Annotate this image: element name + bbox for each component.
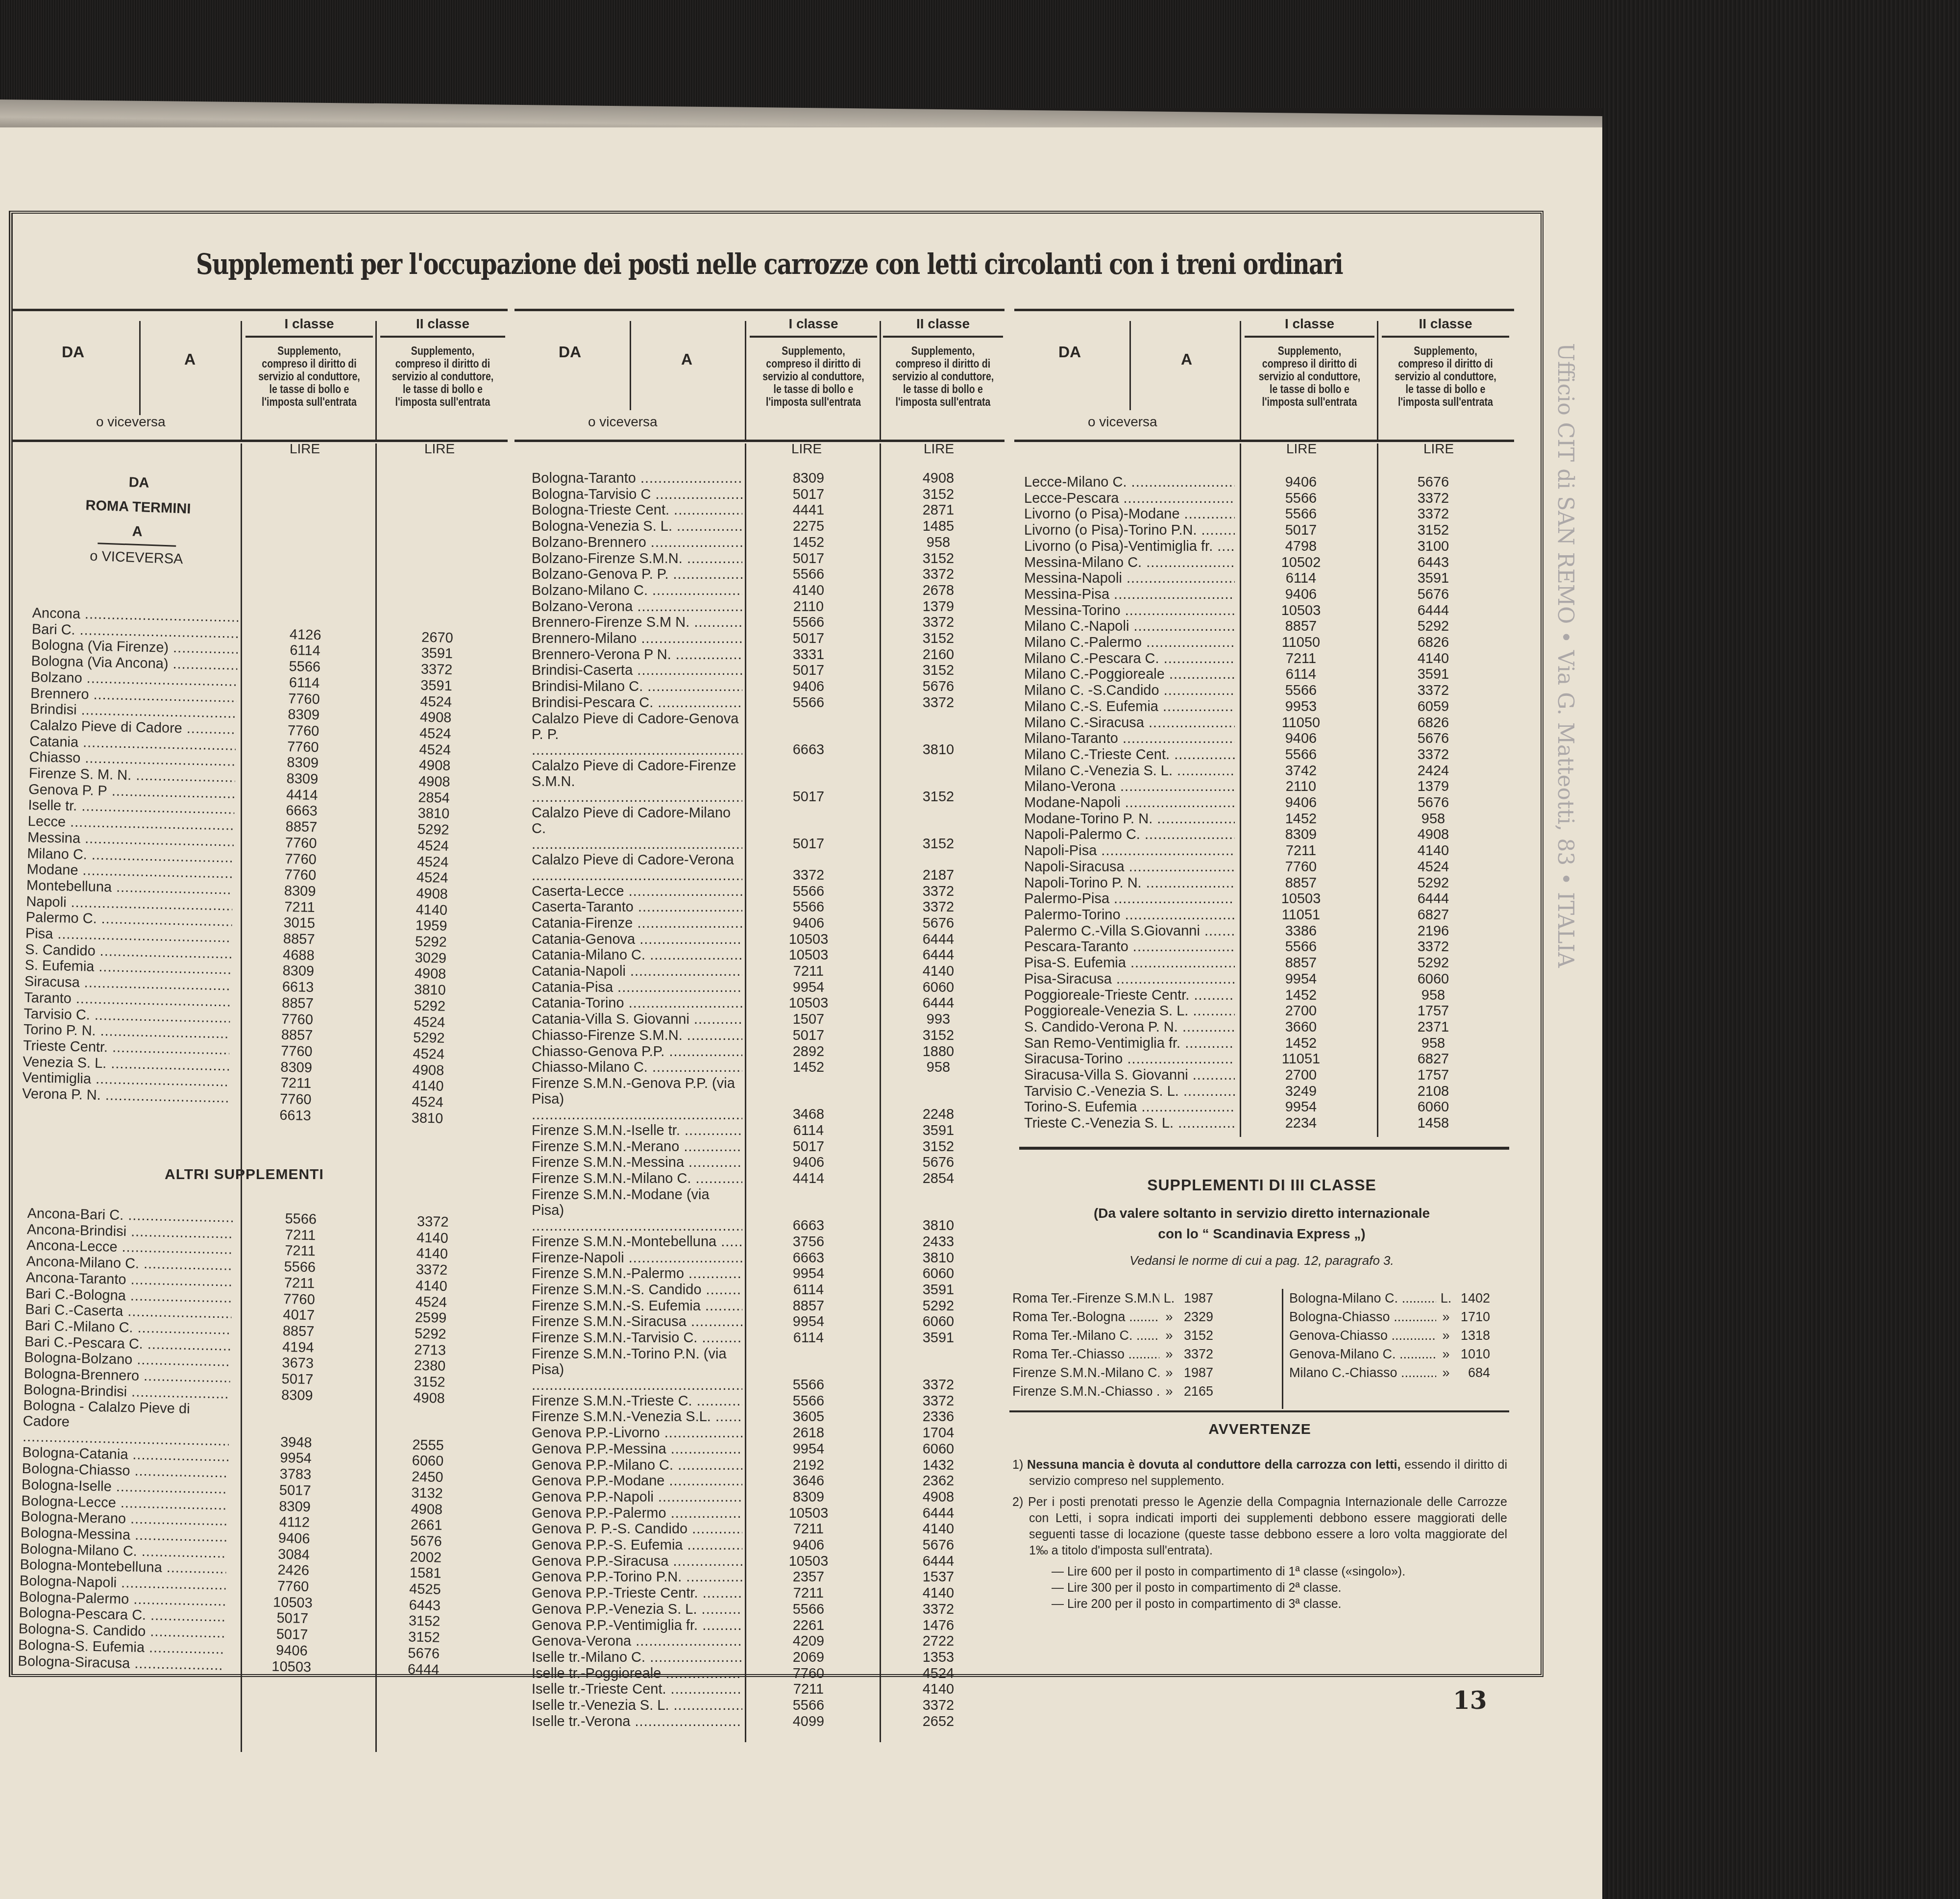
price-class2: 5676	[1367, 731, 1499, 747]
price-class1: 3249	[1235, 1084, 1367, 1100]
price-class2: 4140	[363, 1077, 493, 1096]
price-class2: 6060	[875, 1441, 1002, 1457]
route-name: Firenze S.M.N.-Iselle tr.	[532, 1123, 742, 1139]
table-row: Modane-Napoli94065676	[1024, 795, 1509, 811]
price-class2: 6060	[363, 1452, 492, 1471]
price-class2: 1353	[875, 1650, 1002, 1666]
table-row: Genova P.P.-Messina99546060	[532, 1441, 1002, 1457]
route-name: Livorno (o Pisa)-Ventimiglia fr.	[1024, 539, 1235, 555]
ditto-mark: L.	[1436, 1289, 1456, 1307]
table-row: Messina-Pisa94065676	[1024, 587, 1509, 603]
price-class1: 5566	[742, 884, 875, 900]
price-class2: 5676	[875, 1537, 1002, 1554]
route-name: Catania-Firenze	[532, 915, 742, 932]
table-row: Iselle tr.-Venezia S. L.55663372	[532, 1698, 1002, 1714]
price-class2: 2555	[363, 1436, 493, 1455]
table-row: Milano C.-Napoli88575292	[1024, 618, 1509, 635]
price-class2: 2108	[1367, 1084, 1499, 1100]
price-class1: 5566	[1235, 683, 1367, 699]
table-row: Catania-Torino105036444	[532, 995, 1002, 1011]
price-class2: 5676	[361, 1532, 491, 1551]
route-name: Genova P.P.-Messina	[532, 1441, 742, 1457]
route-name: Tarvisio C.-Venezia S. L.	[1024, 1084, 1235, 1100]
middle-header: DA A o viceversa I classe Supplemento, c…	[514, 309, 1004, 442]
price-class2: 3591	[1367, 666, 1499, 683]
price-class1: 11050	[1235, 715, 1367, 731]
route-name: Siracusa-Villa S. Giovanni	[1024, 1067, 1235, 1084]
price-class1: 1452	[1235, 987, 1367, 1004]
table-row: Catania-Milano C.105036444	[532, 947, 1002, 963]
column-divider	[1240, 444, 1241, 1137]
table-row: Iselle tr.-Poggioreale77604524	[532, 1666, 1002, 1682]
price-class2: 4140	[875, 1585, 1002, 1602]
route-name: Calalzo Pieve di Cadore-Verona	[532, 852, 742, 884]
route-name: Poggioreale-Venezia S. L.	[1024, 1003, 1235, 1019]
table-row: Genova P.P.-S. Eufemia94065676	[532, 1537, 1002, 1554]
price-class2: 3372	[1367, 506, 1499, 522]
ditto-mark: »	[1436, 1326, 1456, 1345]
route-name: Palermo-Pisa	[1024, 891, 1235, 907]
route-name: Firenze S.M.N.-Modane (via Pisa)	[532, 1187, 742, 1234]
price-class2: 3372	[372, 661, 502, 679]
price-class2: 4140	[1367, 843, 1499, 859]
price-class2: 6060	[1367, 971, 1499, 987]
table-row: Napoli-Palermo C.83094908	[1024, 827, 1509, 843]
route-name: Caserta-Lecce	[532, 884, 742, 900]
table-row: Iselle tr.-Trieste Cent.72114140	[532, 1681, 1002, 1698]
header-a: A	[1181, 350, 1192, 369]
table-row: San Remo-Ventimiglia fr.1452958	[1024, 1036, 1509, 1052]
price-class1: 8309	[1235, 827, 1367, 843]
price-class1: 8309	[742, 470, 875, 487]
header-class1: I classe Supplemento, compreso il diritt…	[1245, 316, 1374, 408]
price-class2: 6444	[875, 1554, 1002, 1570]
table-row: Napoli-Siracusa77604524	[1024, 859, 1509, 875]
price-class1: 4414	[742, 1171, 875, 1187]
table-row: Firenze S.M.N.-Chiasso»2165	[1012, 1382, 1248, 1401]
price-class2: 3152	[875, 487, 1002, 503]
table-row: Roma Ter.-Chiasso»3372	[1012, 1345, 1248, 1363]
price-class2: 5292	[1367, 955, 1499, 971]
price-class1: 5566	[742, 1377, 875, 1393]
price-class2: 3372	[875, 884, 1002, 900]
divider	[880, 321, 881, 440]
table-row: Milano C.-Poggioreale61143591	[1024, 666, 1509, 683]
table-row: Siracusa-Torino110516827	[1024, 1051, 1509, 1067]
price-class1: 2892	[742, 1044, 875, 1060]
route-name: Chiasso-Milano C.	[532, 1060, 742, 1076]
price-class1: 1507	[742, 1011, 875, 1028]
price-class2: 3810	[875, 742, 1002, 758]
table-row: Firenze S.M.N.-Milano C.»1987	[1012, 1363, 1248, 1382]
avvertenze-item-2: 2) Per i posti prenotati presso le Agenz…	[1012, 1494, 1507, 1559]
price-class2: 4524	[368, 837, 498, 855]
price: 2329	[1179, 1307, 1213, 1326]
table-row: Chiasso-Milano C.1452958	[532, 1060, 1002, 1076]
price-class2: 5292	[364, 1029, 494, 1048]
price-class2: 3372	[1367, 747, 1499, 763]
route-name: Bologna-Chiasso	[1289, 1307, 1436, 1326]
price-class1: 8309	[742, 1489, 875, 1505]
price-class2: 3372	[875, 1698, 1002, 1714]
table-row: Calalzo Pieve di Cadore-Genova P. P.6663…	[532, 711, 1002, 758]
table-row: Firenze S.M.N.-Messina94065676	[532, 1155, 1002, 1171]
route-name: Firenze S.M.N.-S. Eufemia	[532, 1298, 742, 1314]
price-class2: 3591	[875, 1282, 1002, 1298]
route-name: Bologna-Venezia S. L.	[532, 518, 742, 535]
price-class2: 6443	[1367, 555, 1499, 571]
table-row: Genova-Verona42092722	[532, 1633, 1002, 1650]
route-name: Pisa-Siracusa	[1024, 971, 1235, 987]
price-class2: 2871	[875, 502, 1002, 518]
table-row: Calalzo Pieve di Cadore-Milano C.5017315…	[532, 805, 1002, 852]
price-class1: 1452	[742, 535, 875, 551]
price-class2: 4908	[369, 757, 499, 775]
price-class2: 6444	[1367, 891, 1499, 907]
price-class1: 3756	[742, 1234, 875, 1250]
price-class1: 7760	[742, 1666, 875, 1682]
price-class2: 993	[875, 1011, 1002, 1028]
table-row: Trieste C.-Venezia S. L.22341458	[1024, 1115, 1509, 1132]
table-row: Milano C.-Venezia S. L.37422424	[1024, 763, 1509, 779]
price-class1: 2261	[742, 1618, 875, 1634]
page-title: Supplementi per l'occupazione dei posti …	[139, 247, 1400, 281]
table-row: Bolzano-Verona21101379	[532, 599, 1002, 615]
table-row: Livorno (o Pisa)-Modane55663372	[1024, 506, 1509, 522]
price-class1: 4209	[742, 1633, 875, 1650]
price-class1: 8857	[1235, 955, 1367, 971]
route-name: Catania-Torino	[532, 995, 742, 1011]
price-class2: 2670	[372, 628, 502, 647]
price-class1: 3331	[742, 647, 875, 663]
table-row: Bologna-Chiasso»1710	[1289, 1307, 1510, 1326]
route-name: Messina-Napoli	[1024, 570, 1235, 587]
price-class1: 4798	[1235, 539, 1367, 555]
price-class1: 7211	[742, 1681, 875, 1698]
column-divider	[241, 444, 242, 1752]
route-name: Catania-Milano C.	[532, 947, 742, 963]
table-row: Napoli-Pisa72114140	[1024, 843, 1509, 859]
third-class-title: SUPPLEMENTI DI III CLASSE	[1014, 1176, 1509, 1194]
table-row: Poggioreale-Venezia S. L.27001757	[1024, 1003, 1509, 1019]
header-da: DA	[559, 343, 581, 361]
route-name: Genova P.P.-Napoli	[532, 1489, 742, 1505]
price-class1: 2357	[742, 1569, 875, 1585]
route-name: Brindisi-Caserta	[532, 663, 742, 679]
price-class1: 5017	[742, 1139, 875, 1155]
table-row: Catania-Genova105036444	[532, 932, 1002, 948]
price-class1: 7211	[742, 963, 875, 980]
route-name: Bolzano-Verona	[532, 599, 742, 615]
price-class1: 5566	[742, 615, 875, 631]
price-class1: 5566	[1235, 491, 1367, 507]
price-class1: 5017	[1235, 522, 1367, 539]
background-right	[1602, 0, 1960, 1899]
table-row: Genova P.P.-Siracusa105036444	[532, 1554, 1002, 1570]
price-class2: 2336	[875, 1409, 1002, 1425]
route-name: Chiasso-Genova P.P.	[532, 1044, 742, 1060]
route-name: Firenze S.M.N.-Montebelluna	[532, 1234, 742, 1250]
route-name: Genova P. P.-S. Candido	[532, 1521, 742, 1537]
route-name: Genova P.P.-Ventimiglia fr.	[532, 1618, 742, 1634]
table-row: Firenze S.M.N.-S. Eufemia88575292	[532, 1298, 1002, 1314]
route-name: Firenze S.M.N.-Torino P.N. (via Pisa)	[532, 1346, 742, 1393]
table-row: Lecce-Milano C.94065676	[1024, 474, 1509, 491]
route-name: Bolzano-Milano C.	[532, 583, 742, 599]
price-class2: 1704	[875, 1425, 1002, 1441]
price-class2: 4908	[364, 1389, 494, 1407]
ditto-mark: L.	[1159, 1289, 1179, 1307]
price-class2	[373, 613, 503, 631]
price-class1: 10503	[742, 947, 875, 963]
price-class1: 3605	[742, 1409, 875, 1425]
price-class2: 5676	[875, 915, 1002, 932]
table-row: Milano C.-Siracusa110506826	[1024, 715, 1509, 731]
column-divider	[880, 444, 881, 1742]
price-class2: 4140	[875, 963, 1002, 980]
price-class2: 5292	[875, 1298, 1002, 1314]
price-class2: 3152	[875, 631, 1002, 647]
header-a: A	[681, 350, 692, 369]
middle-table: Bologna-Taranto83094908Bologna-Tarvisio …	[532, 470, 1002, 1729]
table-row: Messina-Milano C.105026443	[1024, 555, 1509, 571]
table-row: Firenze S.M.N.-Palermo99546060	[532, 1266, 1002, 1282]
price-class1: 10503	[742, 995, 875, 1011]
route-name: Calalzo Pieve di Cadore-Milano C.	[532, 805, 742, 852]
price-class2: 2433	[875, 1234, 1002, 1250]
route-name: Calalzo Pieve di Cadore-Genova P. P.	[532, 711, 742, 758]
route-name: Firenze S.M.N.-Messina	[532, 1155, 742, 1171]
price-class1: 1452	[742, 1060, 875, 1076]
price-class1: 2700	[1235, 1067, 1367, 1084]
table-row: Napoli-Torino P. N.88575292	[1024, 875, 1509, 891]
table-row: Firenze S.M.N.-Trieste C.55663372	[532, 1393, 1002, 1409]
table-row: Firenze S.M.N.-Genova P.P. (via Pisa)346…	[532, 1076, 1002, 1123]
price-class2: 4908	[875, 1489, 1002, 1505]
price-class1: 6114	[1235, 666, 1367, 683]
price-class2: 2362	[875, 1473, 1002, 1489]
route-name: Catania-Villa S. Giovanni	[532, 1011, 742, 1028]
divider	[139, 321, 141, 415]
divider	[745, 321, 746, 440]
table-row: Milano C.-Pescara C.72114140	[1024, 651, 1509, 667]
route-name: Firenze S.M.N.-Trieste C.	[532, 1393, 742, 1409]
price-class2: 3152	[359, 1628, 489, 1647]
price-class2: 3372	[875, 899, 1002, 915]
price-class2: 4524	[364, 1045, 493, 1063]
bleed-through-text: Ufficio CIT di SAN REMO • Via G. Matteot…	[1539, 343, 1578, 1617]
price-class1: 3372	[742, 867, 875, 884]
price-class2: 3132	[362, 1484, 492, 1503]
price-class1: 10502	[1235, 555, 1367, 571]
route-name: Genova P.P.-Modane	[532, 1473, 742, 1489]
route-name: Genova P.P.-S. Eufemia	[532, 1537, 742, 1554]
table-row: Brennero-Milano50173152	[532, 631, 1002, 647]
price-class2: 5292	[368, 821, 498, 839]
route-name: Brindisi-Milano C.	[532, 679, 742, 695]
price: 1010	[1456, 1345, 1490, 1363]
price-class2: 3152	[875, 551, 1002, 567]
route-name: Caserta-Taranto	[532, 899, 742, 915]
route-name: Milano C.-Chiasso	[1289, 1363, 1436, 1382]
unit-label-1: LIRE	[1286, 441, 1317, 457]
price-class2: 5292	[366, 1325, 495, 1343]
route-name: Palermo-Torino	[1024, 907, 1235, 923]
ditto-mark: »	[1436, 1363, 1456, 1382]
price-class1: 7211	[1235, 843, 1367, 859]
table-row: Brindisi-Caserta50173152	[532, 663, 1002, 679]
route-name: Milano C.-Pescara C.	[1024, 651, 1235, 667]
price-class2: 6444	[875, 1505, 1002, 1522]
table-row: Lecce-Pescara55663372	[1024, 491, 1509, 507]
unit-label-1: LIRE	[290, 441, 320, 457]
table-row: Firenze-Napoli66633810	[532, 1250, 1002, 1266]
price-class1: 6663	[742, 1250, 875, 1266]
price-class2: 2196	[1367, 923, 1499, 939]
price-class1: 5566	[1235, 506, 1367, 522]
table-row: Genova P.P.-Torino P.N.23571537	[532, 1569, 1002, 1585]
price: 1987	[1179, 1289, 1213, 1307]
price-class1: 1452	[1235, 811, 1367, 827]
price-class1: 9954	[742, 1441, 875, 1457]
price-class1: 5566	[742, 1393, 875, 1409]
route-name: Genova P.P.-Trieste Centr.	[532, 1585, 742, 1602]
route-name: Genova-Verona	[532, 1633, 742, 1650]
price-class1: 2069	[742, 1650, 875, 1666]
header-class2: II classe Supplemento, compreso il dirit…	[883, 316, 1003, 408]
route-name: Bolzano-Genova P. P.	[532, 567, 742, 583]
route-name: Palermo C.-Villa S.Giovanni	[1024, 923, 1235, 939]
price-class1: 5017	[742, 631, 875, 647]
price-class2: 5292	[1367, 875, 1499, 891]
route-name: Iselle tr.-Trieste Cent.	[532, 1681, 742, 1698]
table-row: Bolzano-Brennero1452958	[532, 535, 1002, 551]
page-number: 13	[1453, 1686, 1487, 1715]
right-table: Lecce-Milano C.94065676Lecce-Pescara5566…	[1024, 474, 1509, 1132]
price-class2: 1476	[875, 1618, 1002, 1634]
price-class2: 4908	[371, 709, 501, 727]
altri-title: ALTRI SUPPLEMENTI	[165, 1166, 324, 1183]
route-name: Napoli-Pisa	[1024, 843, 1235, 859]
price-class2: 5676	[1367, 474, 1499, 491]
price-class2: 4524	[370, 740, 500, 759]
price-class2: 4140	[875, 1521, 1002, 1537]
price-class2: 4140	[367, 901, 496, 919]
price-class1: 10503	[742, 1554, 875, 1570]
route-name: Milano-Verona	[1024, 779, 1235, 795]
price-class2: 6060	[875, 1266, 1002, 1282]
price-class1: 2110	[1235, 779, 1367, 795]
price-class2: 4524	[365, 1013, 494, 1032]
ditto-mark: »	[1159, 1363, 1179, 1382]
price-class1: 9954	[742, 1266, 875, 1282]
route-name: Milano C.-Napoli	[1024, 618, 1235, 635]
route-name: Milano C.-Palermo	[1024, 635, 1235, 651]
price-class2: 3152	[875, 1139, 1002, 1155]
route-name: Roma Ter.-Firenze S.M.N.	[1012, 1289, 1159, 1307]
route-name: Firenze S.M.N.-Genova P.P. (via Pisa)	[532, 1076, 742, 1123]
price-class2: 6060	[1367, 1099, 1499, 1115]
route-name: Firenze S.M.N.-Palermo	[532, 1266, 742, 1282]
route-name: Iselle tr.-Verona	[532, 1714, 742, 1730]
divider	[375, 321, 377, 440]
price-class2: 4524	[363, 1093, 492, 1111]
table-row: Catania-Pisa99546060	[532, 980, 1002, 996]
price: 3152	[1179, 1326, 1213, 1345]
price-class2: 958	[875, 1060, 1002, 1076]
column-divider	[745, 444, 746, 1742]
right-column: DA A o viceversa I classe Supplemento, c…	[1014, 309, 1514, 442]
price-class2: 2652	[875, 1714, 1002, 1730]
header-viceversa: o viceversa	[96, 414, 166, 430]
table-row: Messina-Napoli61143591	[1024, 570, 1509, 587]
price-class1: 8309	[230, 1386, 365, 1405]
table-row: Pisa-S. Eufemia88575292	[1024, 955, 1509, 971]
divider	[241, 321, 242, 440]
price-class1: 6114	[742, 1123, 875, 1139]
price-class2: 3372	[875, 567, 1002, 583]
price-class2: 3152	[875, 836, 1002, 852]
route-name: Brindisi-Pescara C.	[532, 695, 742, 711]
price-class2: 958	[1367, 1036, 1499, 1052]
price-class2: 3591	[875, 1330, 1002, 1346]
price-class2: 3152	[875, 789, 1002, 805]
price-class1: 5017	[742, 487, 875, 503]
route-name: Napoli-Palermo C.	[1024, 827, 1235, 843]
table-row: Genova P.P.-Venezia S. L.55663372	[532, 1602, 1002, 1618]
price-class1: 10503	[742, 1505, 875, 1522]
route-name: Lecce-Pescara	[1024, 491, 1235, 507]
price: 2165	[1179, 1382, 1213, 1401]
price-class2: 2713	[365, 1341, 495, 1359]
price-class2: 2380	[365, 1357, 494, 1376]
price-class1: 9406	[742, 915, 875, 932]
header-viceversa: o viceversa	[1088, 414, 1157, 430]
price-class1: 3386	[1235, 923, 1367, 939]
price-class2: 6444	[359, 1660, 489, 1679]
table-row: Siracusa-Villa S. Giovanni27001757	[1024, 1067, 1509, 1084]
price-class2: 4524	[875, 1666, 1002, 1682]
table-row: Milano C.-Chiasso»684	[1289, 1363, 1510, 1382]
price-class2: 4524	[367, 853, 497, 871]
price-class2: 4524	[370, 724, 500, 743]
route-name: Modane-Torino P. N.	[1024, 811, 1235, 827]
price-class2: 3372	[875, 1602, 1002, 1618]
route-name: Lecce-Milano C.	[1024, 474, 1235, 491]
route-name: Bologna-Trieste Cent.	[532, 502, 742, 518]
table-row: Brennero-Verona P N.33312160	[532, 647, 1002, 663]
price-class2: 6444	[1367, 603, 1499, 619]
price-class2: 4140	[1367, 651, 1499, 667]
route-name: Siracusa-Torino	[1024, 1051, 1235, 1067]
left-column: DA A o viceversa I classe Supplemento, c…	[13, 309, 508, 442]
price-class1: 9954	[742, 980, 875, 996]
price-class2: 3372	[875, 1393, 1002, 1409]
price-class2: 6444	[875, 947, 1002, 963]
route-name: Genova P.P.-Livorno	[532, 1425, 742, 1441]
price-class2: 6059	[1367, 699, 1499, 715]
price-class1: 5566	[742, 1698, 875, 1714]
price-class2: 3810	[368, 805, 498, 823]
price-class2: 1581	[361, 1564, 490, 1583]
price-class2: 4140	[367, 1229, 497, 1247]
price-class1: 11051	[1235, 1051, 1367, 1067]
section-divider	[1019, 1147, 1509, 1150]
table-row: Tarvisio C.-Venezia S. L.32492108	[1024, 1084, 1509, 1100]
route-name: Modane-Napoli	[1024, 795, 1235, 811]
price-class1: 4099	[742, 1714, 875, 1730]
middle-column: DA A o viceversa I classe Supplemento, c…	[514, 309, 1004, 442]
